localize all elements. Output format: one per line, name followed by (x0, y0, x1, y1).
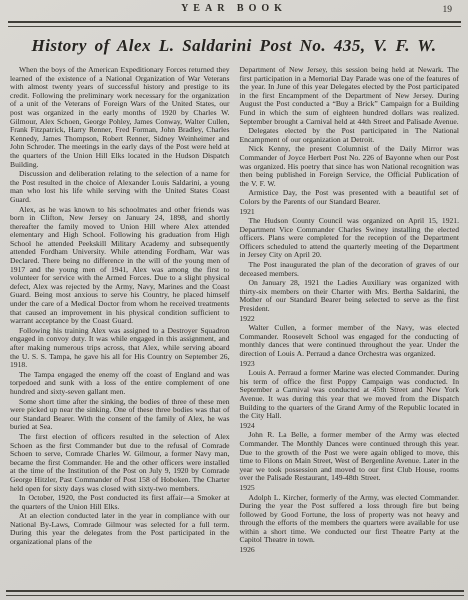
article-title: History of Alex L. Saldarini Post No. 43… (0, 36, 468, 56)
paragraph: Alex, as he was known to his schoolmates… (10, 206, 230, 326)
paragraph: Discussion and deliberation relating to … (10, 170, 230, 204)
paragraph: Walter Cullen, a former member of the Na… (240, 324, 460, 358)
year-heading: 1924 (240, 422, 460, 431)
page-number: 19 (443, 5, 453, 15)
paragraph: At an election conducted later in the ye… (10, 512, 230, 546)
paragraph: In October, 1920, the Post conducted its… (10, 494, 230, 511)
paragraph: When the boys of the American Expedition… (10, 66, 230, 169)
year-heading: 1921 (240, 208, 460, 217)
paragraph: Delegates elected by the Post participat… (240, 127, 460, 144)
year-heading: 1925 (240, 484, 460, 493)
paragraph: Some short time after the sinking, the b… (10, 398, 230, 432)
running-header: YEAR BOOK 19 (0, 3, 468, 21)
left-column: When the boys of the American Expedition… (10, 66, 230, 588)
paragraph: John R. La Belle, a former member of the… (240, 431, 460, 483)
year-heading: 1926 (240, 546, 460, 555)
paragraph: Nick Kenny, the present Columnist of the… (240, 145, 460, 188)
article-body: When the boys of the American Expedition… (10, 66, 459, 588)
paragraph: Armistice Day, the Post was presented wi… (240, 189, 460, 206)
paragraph: The Tampa engaged the enemy off the coas… (10, 371, 230, 397)
paragraph: Adolph L. Kircher, formerly of the Army,… (240, 494, 460, 546)
paragraph: Louis A. Perraud a former Marine was ele… (240, 369, 460, 421)
paragraph: Following his training Alex was assigned… (10, 327, 230, 370)
year-heading: 1922 (240, 315, 460, 324)
paragraph: The first election of officers resulted … (10, 433, 230, 493)
header-title: YEAR BOOK (0, 3, 468, 14)
top-double-rule (8, 21, 461, 27)
year-heading: 1923 (240, 360, 460, 369)
paragraph: Department of New Jersey, this session b… (240, 66, 460, 126)
yearbook-page: YEAR BOOK 19 History of Alex L. Saldarin… (0, 0, 468, 600)
paragraph: The Hudson County Council was organized … (240, 217, 460, 260)
right-column: Department of New Jersey, this session b… (240, 66, 460, 588)
paragraph: On January 28, 1921 the Ladies Auxiliary… (240, 279, 460, 313)
paragraph: The Post inaugurated the plan of the dec… (240, 261, 460, 278)
bottom-double-rule (6, 590, 464, 596)
